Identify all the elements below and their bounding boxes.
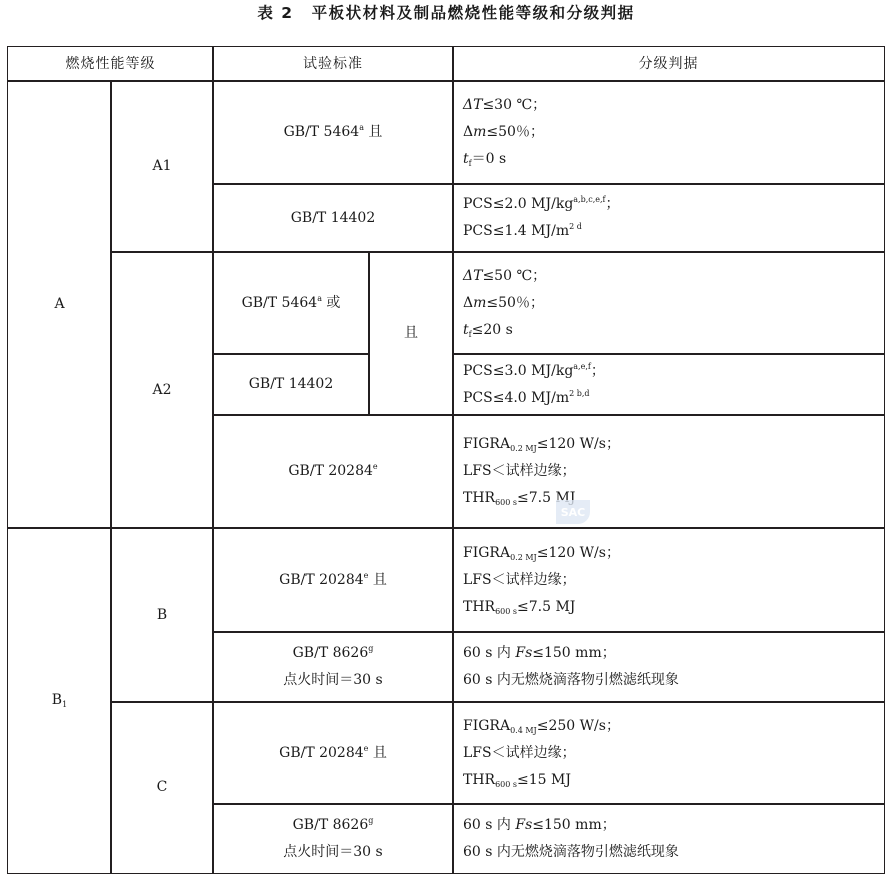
footnote-ref: g <box>368 816 373 825</box>
standard-text: GB/T 8626g <box>283 640 382 667</box>
criteria-line: LFS＜试样边缘； <box>463 567 620 594</box>
standard-a2-gbt14402: GB/T 14402 <box>212 353 370 416</box>
conjunction: 且 <box>364 124 382 140</box>
criteria-line: Δm≤50％； <box>463 119 546 146</box>
value: ≤7.5 MJ <box>517 599 575 615</box>
criteria-line: tf＝0 s <box>463 146 546 173</box>
standard-text: GB/T 5464a 且 <box>284 119 383 146</box>
subgroup-c-label: C <box>157 774 168 801</box>
subgroup-a1-label: A1 <box>152 153 171 180</box>
value: ≤120 W/s； <box>537 436 620 452</box>
standard-a2-gbt20284: GB/T 20284e <box>212 414 454 529</box>
criteria-line: FIGRA0.2 MJ≤120 W/s； <box>463 431 620 458</box>
subgroup-a2: A2 <box>110 251 214 529</box>
punct: ； <box>606 196 620 212</box>
criteria-line: ΔT≤30 ℃； <box>463 92 546 119</box>
criteria-line: tf≤20 s <box>463 317 546 344</box>
standard-c-gbt20284: GB/T 20284e 且 <box>212 701 454 805</box>
standard-name: GB/T 5464 <box>242 295 318 311</box>
standard-name: GB/T 20284 <box>288 463 373 479</box>
standard-text: GB/T 5464a 或 <box>242 290 341 317</box>
value: ≤20 s <box>472 322 513 338</box>
header-standard: 试验标准 <box>212 46 454 82</box>
value: ≤50％； <box>486 124 544 140</box>
footnote-ref: e <box>373 462 378 471</box>
symbol-fs: Fs <box>515 645 532 661</box>
label: THR <box>463 772 495 788</box>
label: THR <box>463 599 495 615</box>
criteria-line: 60 s 内无燃烧滴落物引燃滤纸现象 <box>463 667 679 694</box>
criteria-line: PCS≤1.4 MJ/m2 d <box>463 218 620 245</box>
value: ≤250 W/s； <box>537 718 620 734</box>
conjunction: 且 <box>404 320 418 347</box>
group-a: A <box>7 80 112 529</box>
symbol-fs: Fs <box>515 817 532 833</box>
symbol-delta: Δ <box>463 124 473 140</box>
standard-a1-gbt5464: GB/T 5464a 且 <box>212 80 454 185</box>
value: ≤15 MJ <box>517 772 571 788</box>
criteria-line: Δm≤50％； <box>463 290 546 317</box>
table-number: 表 2 <box>257 4 293 22</box>
criteria-a1-5464: ΔT≤30 ℃； Δm≤50％； tf＝0 s <box>452 80 885 185</box>
criteria-line: 60 s 内 Fs≤150 mm； <box>463 812 679 839</box>
footnote-ref: 2 b,d <box>569 389 589 398</box>
header-level-text: 燃烧性能等级 <box>66 51 156 78</box>
criteria-line: PCS≤4.0 MJ/m2 b,d <box>463 385 605 412</box>
standard-name: GB/T 14402 <box>249 371 334 398</box>
group-b1-label: B1 <box>52 687 67 714</box>
footnote-ref: g <box>368 644 373 653</box>
header-criteria-text: 分级判据 <box>639 51 699 78</box>
standard-text: GB/T 20284e 且 <box>279 740 387 767</box>
standard-name: GB/T 14402 <box>291 205 376 232</box>
text: 60 s 内 <box>463 645 515 661</box>
criteria-line: 60 s 内 Fs≤150 mm； <box>463 640 679 667</box>
header-standard-text: 试验标准 <box>303 51 363 78</box>
symbol-m: m <box>473 124 486 140</box>
criteria-b-20284: FIGRA0.2 MJ≤120 W/s； LFS＜试样边缘； THR600 s≤… <box>452 527 885 633</box>
standard-c-gbt8626: GB/T 8626g 点火时间＝30 s <box>212 803 454 874</box>
value: ≤30 ℃； <box>482 97 546 113</box>
standard-b-gbt8626: GB/T 8626g 点火时间＝30 s <box>212 631 454 703</box>
standard-name: GB/T 8626 <box>293 645 369 661</box>
criteria-line: LFS＜试样边缘； <box>463 740 620 767</box>
criteria-a2-20284: FIGRA0.2 MJ≤120 W/s； LFS＜试样边缘； THR600 s≤… <box>452 414 885 529</box>
label: FIGRA <box>463 436 510 452</box>
value: ＝0 s <box>472 151 507 167</box>
criteria-line: THR600 s≤15 MJ <box>463 767 620 794</box>
punct: ； <box>591 363 605 379</box>
subscript: 600 s <box>495 498 517 507</box>
value: ≤50 ℃； <box>482 268 546 284</box>
label: THR <box>463 490 495 506</box>
footnote-ref: a,e,f <box>573 362 591 371</box>
value: PCS≤3.0 MJ/kg <box>463 363 573 379</box>
group-b1: B1 <box>7 527 112 874</box>
criteria-a2-14402: PCS≤3.0 MJ/kga,e,f； PCS≤4.0 MJ/m2 b,d <box>452 353 885 416</box>
subscript: 0.4 MJ <box>510 726 537 735</box>
standard-name: GB/T 8626 <box>293 817 369 833</box>
symbol-m: m <box>473 295 486 311</box>
label: B <box>52 692 62 708</box>
criteria-line: 60 s 内无燃烧滴落物引燃滤纸现象 <box>463 839 679 866</box>
conjunction: 或 <box>322 295 340 311</box>
value: ≤120 W/s； <box>537 545 620 561</box>
criteria-b-8626: 60 s 内 Fs≤150 mm； 60 s 内无燃烧滴落物引燃滤纸现象 <box>452 631 885 703</box>
conjunction: 且 <box>368 745 386 761</box>
standard-a2-and: 且 <box>368 251 454 416</box>
subscript: 1 <box>62 700 67 709</box>
value: ≤50％； <box>486 295 544 311</box>
standard-text: GB/T 20284e <box>288 458 377 485</box>
footnote-ref: a,b,c,e,f <box>573 195 605 204</box>
label: FIGRA <box>463 718 510 734</box>
label: FIGRA <box>463 545 510 561</box>
criteria-line: FIGRA0.4 MJ≤250 W/s； <box>463 713 620 740</box>
group-a-label: A <box>54 291 64 318</box>
criteria-line: THR600 s≤7.5 MJ <box>463 594 620 621</box>
subgroup-c: C <box>110 701 214 874</box>
footnote-ref: 2 d <box>569 222 582 231</box>
subgroup-b: B <box>110 527 214 703</box>
subscript: 600 s <box>495 780 517 789</box>
table-caption: 平板状材料及制品燃烧性能等级和分级判据 <box>312 4 635 22</box>
criteria-c-20284: FIGRA0.4 MJ≤250 W/s； LFS＜试样边缘； THR600 s≤… <box>452 701 885 805</box>
value: PCS≤1.4 MJ/m <box>463 223 569 239</box>
standard-name: GB/T 20284 <box>279 572 364 588</box>
criteria-c-8626: 60 s 内 Fs≤150 mm； 60 s 内无燃烧滴落物引燃滤纸现象 <box>452 803 885 874</box>
criteria-line: LFS＜试样边缘； <box>463 458 620 485</box>
standard-a2-gbt5464: GB/T 5464a 或 <box>212 251 370 355</box>
text: 60 s 内 <box>463 817 515 833</box>
table-title: 表 2平板状材料及制品燃烧性能等级和分级判据 <box>0 2 892 24</box>
standard-b-gbt20284: GB/T 20284e 且 <box>212 527 454 633</box>
ignition-time: 点火时间＝30 s <box>283 839 382 866</box>
standard-text: GB/T 8626g <box>283 812 382 839</box>
standard-text: GB/T 20284e 且 <box>279 567 387 594</box>
ignition-time: 点火时间＝30 s <box>283 667 382 694</box>
header-criteria: 分级判据 <box>452 46 885 82</box>
symbol-delta-t: ΔT <box>463 97 482 113</box>
subscript: 0.2 MJ <box>510 553 537 562</box>
sac-watermark-icon: SAC <box>556 500 590 524</box>
subgroup-b-label: B <box>157 602 167 629</box>
value: ≤150 mm； <box>532 645 615 661</box>
value: PCS≤4.0 MJ/m <box>463 390 569 406</box>
header-level: 燃烧性能等级 <box>7 46 214 82</box>
criteria-line: ΔT≤50 ℃； <box>463 263 546 290</box>
symbol-delta-t: ΔT <box>463 268 482 284</box>
criteria-line: THR600 s≤7.5 MJ <box>463 485 620 512</box>
criteria-line: FIGRA0.2 MJ≤120 W/s； <box>463 540 620 567</box>
criteria-a2-5464: ΔT≤50 ℃； Δm≤50％； tf≤20 s <box>452 251 885 355</box>
conjunction: 且 <box>368 572 386 588</box>
standard-name: GB/T 20284 <box>279 745 364 761</box>
value: ≤150 mm； <box>532 817 615 833</box>
standard-a1-gbt14402: GB/T 14402 <box>212 183 454 253</box>
subgroup-a2-label: A2 <box>152 377 171 404</box>
symbol-delta: Δ <box>463 295 473 311</box>
subscript: 600 s <box>495 607 517 616</box>
subscript: 0.2 MJ <box>510 444 537 453</box>
standard-name: GB/T 5464 <box>284 124 360 140</box>
criteria-line: PCS≤3.0 MJ/kga,e,f； <box>463 358 605 385</box>
subgroup-a1: A1 <box>110 80 214 253</box>
criteria-line: PCS≤2.0 MJ/kga,b,c,e,f； <box>463 191 620 218</box>
value: PCS≤2.0 MJ/kg <box>463 196 573 212</box>
criteria-a1-14402: PCS≤2.0 MJ/kga,b,c,e,f； PCS≤1.4 MJ/m2 d <box>452 183 885 253</box>
